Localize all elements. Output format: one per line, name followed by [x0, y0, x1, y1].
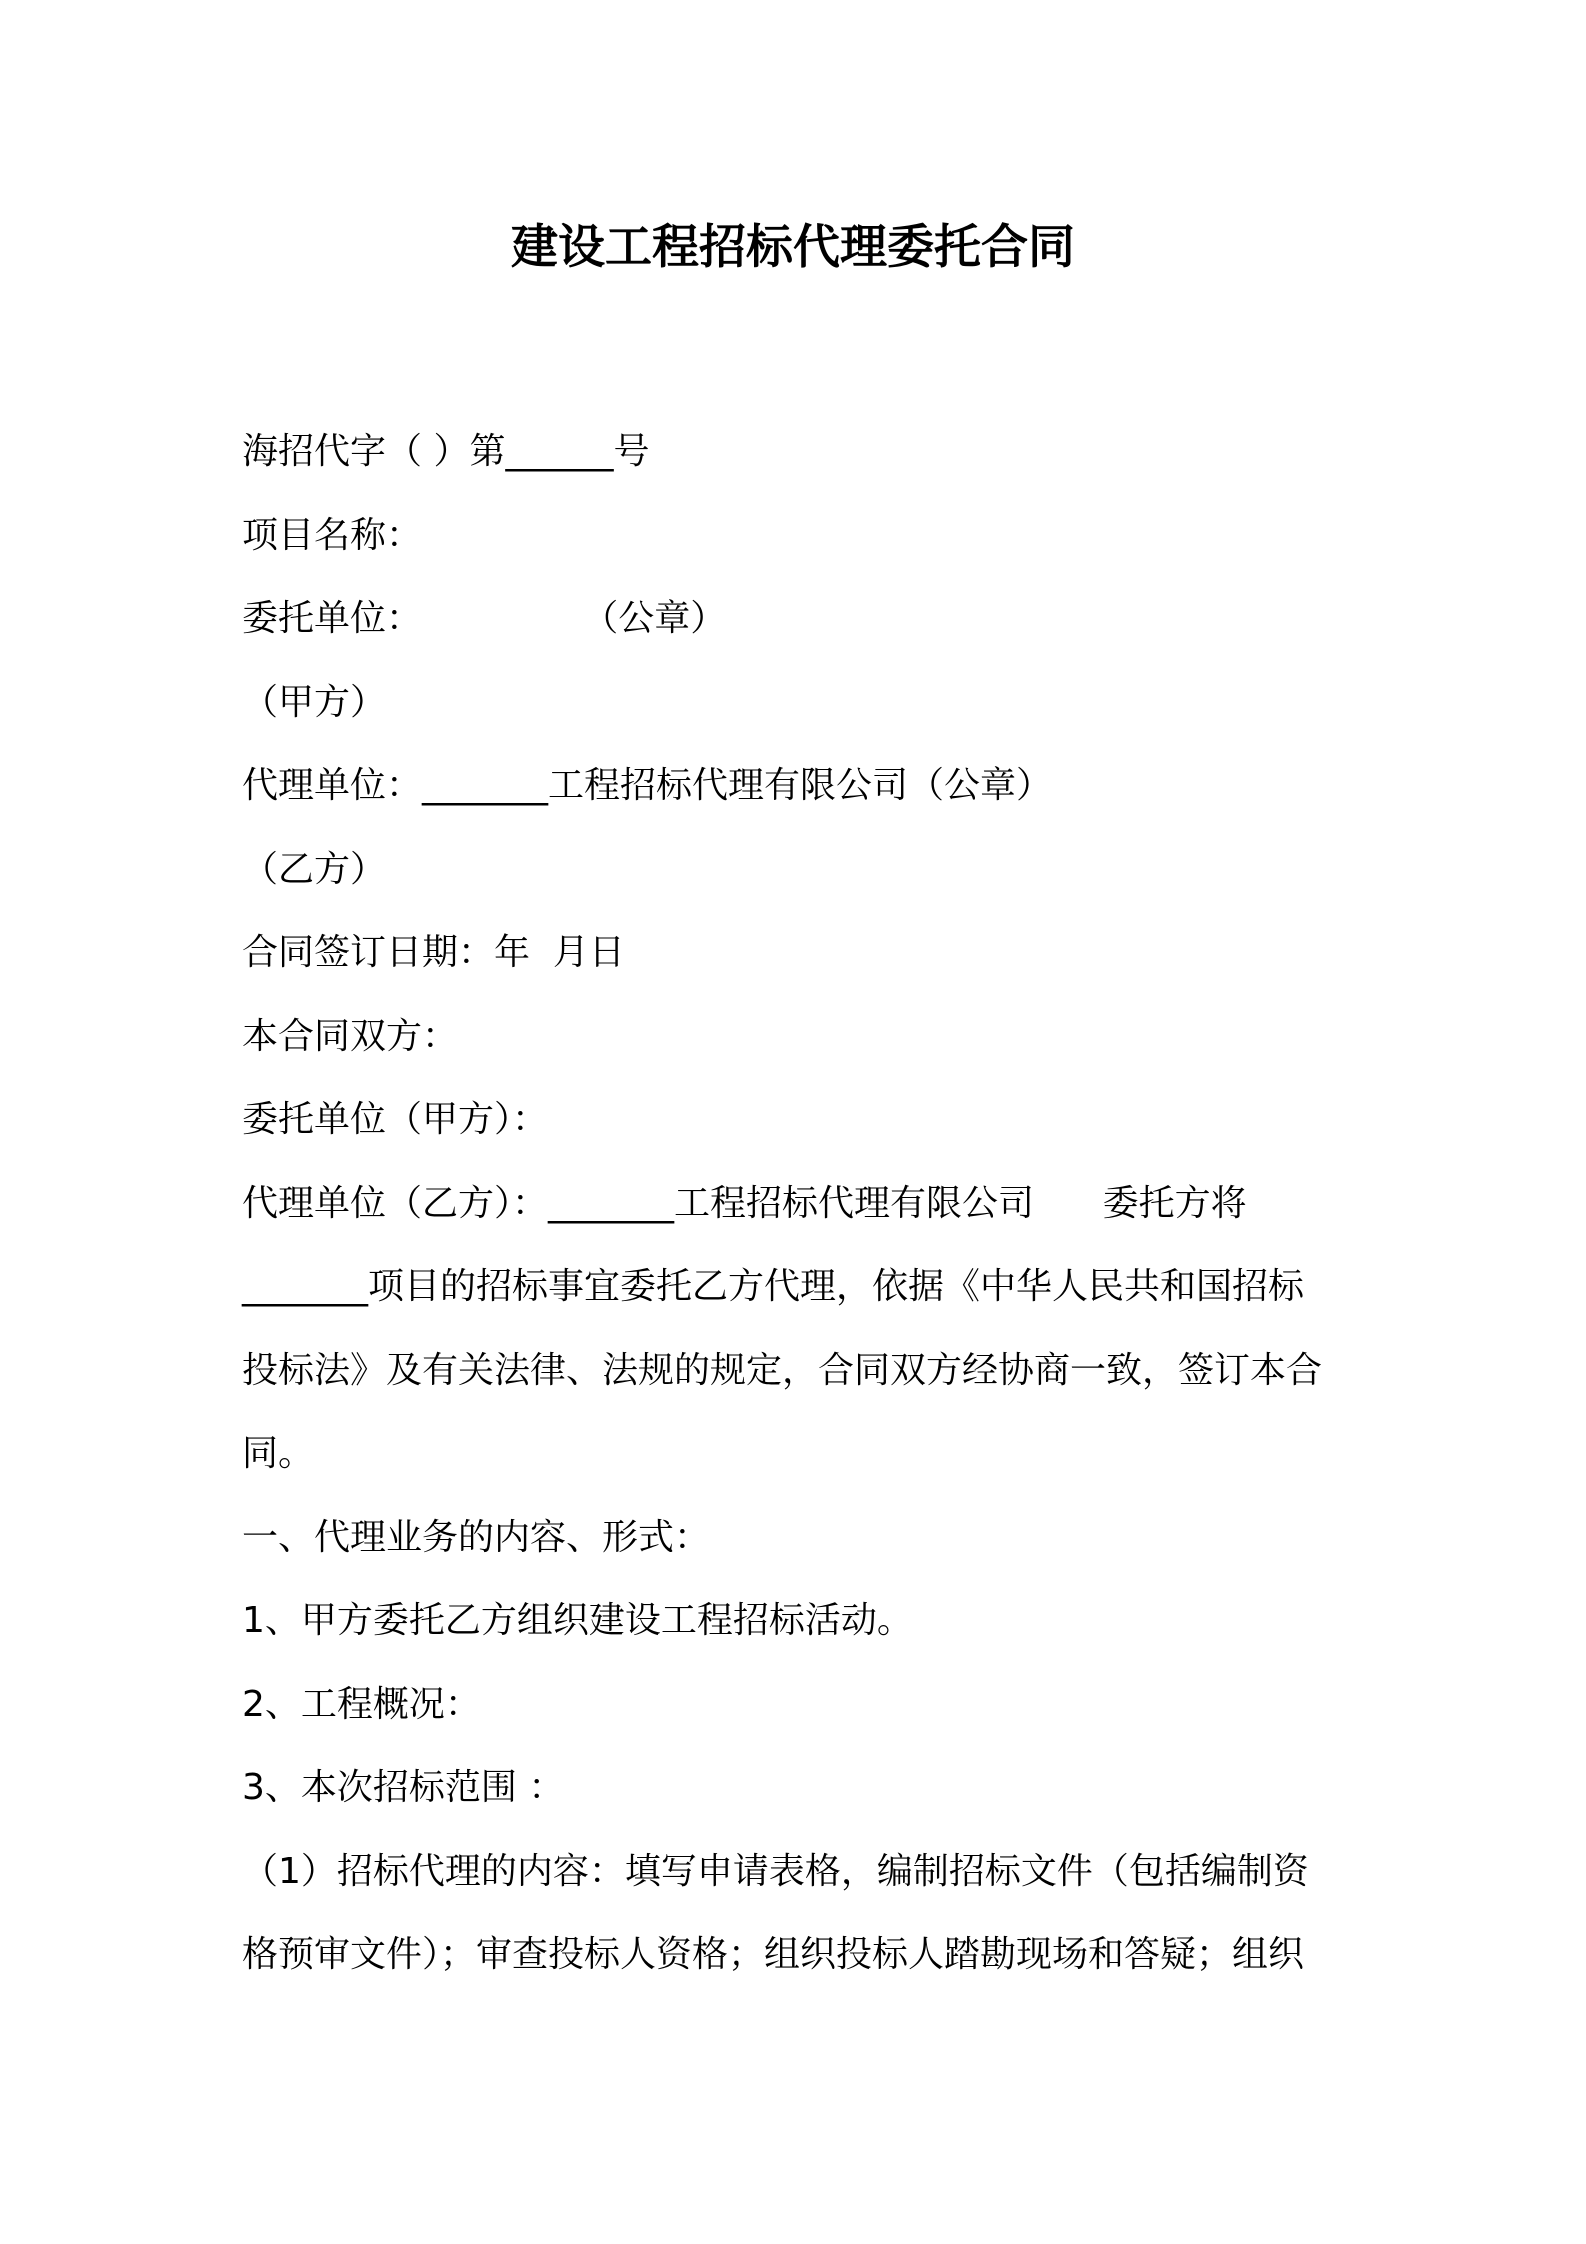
doc-number-line: 海招代字（ ）第______号	[242, 410, 1354, 494]
sub-clause-1-cont: 格预审文件）；审查投标人资格；组织投标人踏勘现场和答疑；组织	[242, 1913, 1354, 1997]
signing-date-line: 合同签订日期：年 月日	[242, 911, 1354, 995]
section-heading-1: 一、代理业务的内容、形式：	[242, 1496, 1354, 1580]
sub-clause-1: （1）招标代理的内容：填写申请表格，编制招标文件（包括编制资	[242, 1830, 1354, 1914]
clause-2: 2、工程概况：	[242, 1663, 1354, 1747]
document-body: 海招代字（ ）第______号 项目名称： 委托单位： （公章） （甲方） 代理…	[242, 410, 1354, 1997]
client-unit-line: 委托单位： （公章）	[242, 577, 1354, 661]
parties-heading: 本合同双方：	[242, 995, 1354, 1079]
party-a-label: （甲方）	[242, 661, 1354, 745]
paragraph-line: 同。	[242, 1412, 1354, 1496]
project-name-line: 项目名称：	[242, 494, 1354, 578]
document-title: 建设工程招标代理委托合同	[0, 218, 1586, 278]
paragraph-line: 投标法》及有关法律、法规的规定，合同双方经协商一致，签订本合	[242, 1329, 1354, 1413]
clause-3: 3、本次招标范围 ：	[242, 1746, 1354, 1830]
party-a-line: 委托单位（甲方）：	[242, 1078, 1354, 1162]
paragraph-line: _______项目的招标事宜委托乙方代理，依据《中华人民共和国招标	[242, 1245, 1354, 1329]
clause-1: 1、甲方委托乙方组织建设工程招标活动。	[242, 1579, 1354, 1663]
party-b-label: （乙方）	[242, 828, 1354, 912]
agent-unit-line: 代理单位：_______工程招标代理有限公司（公章）	[242, 744, 1354, 828]
party-b-line: 代理单位（乙方）：_______工程招标代理有限公司 委托方将	[242, 1162, 1354, 1246]
